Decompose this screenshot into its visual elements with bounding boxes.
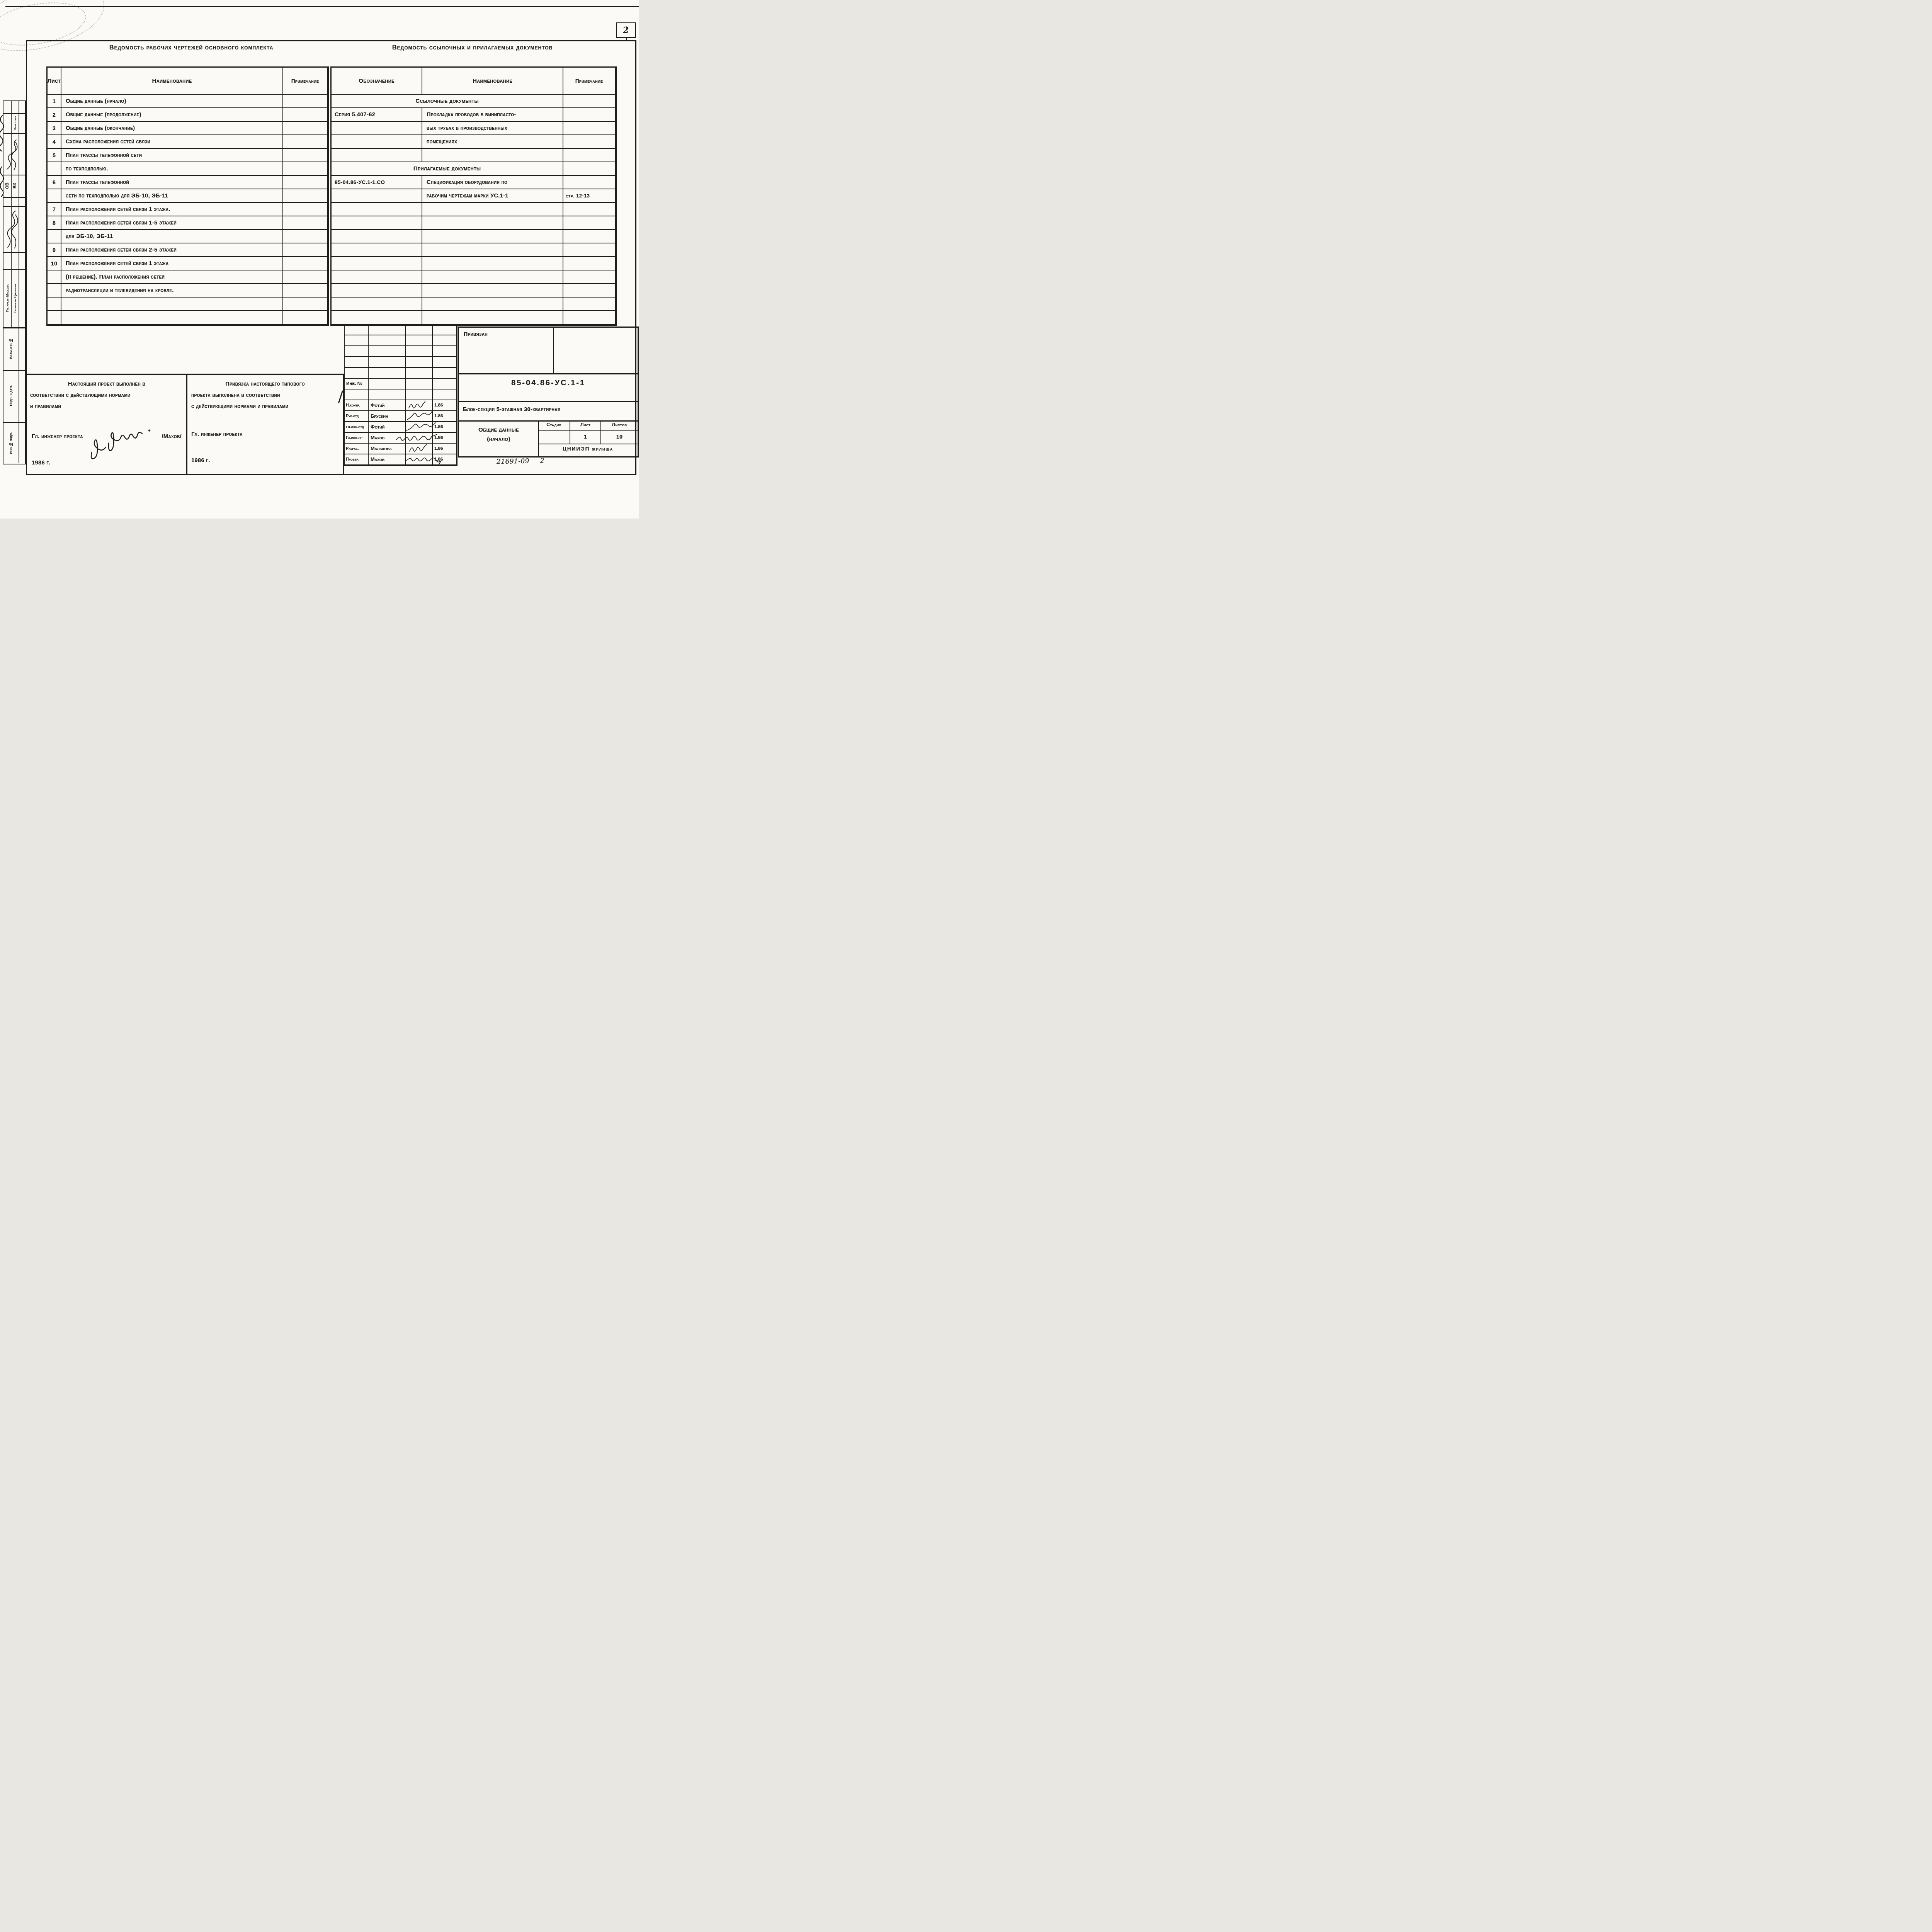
- drawing-title-cell: План расположения сетей связи 1-5 этажей: [61, 216, 283, 230]
- sheet-number-cell: 2: [48, 108, 61, 122]
- note-cell: [283, 162, 328, 176]
- signer-role: Провер.: [345, 454, 369, 465]
- note-cell: [283, 189, 328, 203]
- document-name-cell: вых трубах в производственных: [422, 122, 563, 135]
- binding-note-block: Привязка настоящего типового проекта вып…: [187, 374, 344, 475]
- page-number-box: 2: [616, 22, 636, 38]
- revision-cell: [369, 368, 406, 379]
- designation-cell: [332, 216, 422, 230]
- note-cell: [563, 216, 616, 230]
- doc-title-line2: (начало): [459, 436, 538, 442]
- signer-label: Гл. инженер проекта: [32, 434, 83, 440]
- designation-cell: [332, 298, 422, 311]
- note-cell: [563, 95, 616, 108]
- designation-cell: [332, 257, 422, 270]
- signer-name: Фотий: [369, 400, 406, 411]
- revision-cell: [406, 325, 433, 335]
- sheet-number-cell: [48, 270, 61, 284]
- note-cell: [563, 176, 616, 189]
- signature-cell: [406, 444, 433, 454]
- linked-label: Привязан: [464, 331, 488, 337]
- note-text: с действующими нормами и правилами: [191, 403, 288, 410]
- sheet-number-cell: [48, 284, 61, 298]
- drawing-title-cell: План расположения сетей связи 1 этажа: [61, 257, 283, 270]
- chief-engineer-signature: [77, 400, 170, 463]
- note-cell: [563, 243, 616, 257]
- note-text: соответствии с действующими нормами: [30, 392, 131, 398]
- document-name-cell: [422, 257, 563, 270]
- column-header-name: Наименование: [422, 68, 563, 95]
- sheet-number-cell: [48, 189, 61, 203]
- stage-label: Стадия: [538, 422, 570, 427]
- designation-cell: [332, 270, 422, 284]
- signer-name: Малькова: [369, 444, 406, 454]
- note-cell: [563, 162, 616, 176]
- revision-cell: [406, 368, 433, 379]
- chief-engineer-label: Гл.инж.пр Цукерман: [11, 270, 19, 327]
- revision-cell: [369, 357, 406, 368]
- divider-line: [538, 444, 638, 444]
- note-cell: стр. 12-13: [563, 189, 616, 203]
- note-cell: [283, 122, 328, 135]
- divider-line: [459, 401, 638, 402]
- document-name-cell: [422, 284, 563, 298]
- sheet-number-cell: 6: [48, 176, 61, 189]
- note-year: 1986 г.: [32, 460, 51, 466]
- column-header-designation: Обозначение: [332, 68, 422, 95]
- note-cell: [563, 149, 616, 162]
- document-name-cell: [422, 243, 563, 257]
- drawing-title-cell: по техподполью.: [61, 162, 283, 176]
- note-cell: [283, 216, 328, 230]
- sheet-number-cell: 3: [48, 122, 61, 135]
- edge-scribble: [0, 166, 4, 201]
- revision-cell: [345, 335, 369, 346]
- note-cell: [283, 95, 328, 108]
- object-name: Блок-секция 5-этажная 30-квартирная: [463, 406, 560, 413]
- signature-cell: [406, 422, 433, 433]
- signer-role: Н.контр.: [345, 400, 369, 411]
- designation-cell: [332, 230, 422, 243]
- signer-role: Разраб.: [345, 444, 369, 454]
- signature-scribble: [403, 422, 439, 432]
- note-cell: [283, 284, 328, 298]
- revision-cell: [433, 368, 457, 379]
- revision-cell: [369, 389, 406, 400]
- revision-cell: [345, 389, 369, 400]
- note-cell: [283, 243, 328, 257]
- stamp-page: 2: [540, 457, 544, 465]
- drawing-title-cell: Схема расположения сетей связи: [61, 135, 283, 149]
- note-cell: [563, 203, 616, 216]
- organization-name: ЦНИИЭП жилища: [538, 446, 638, 452]
- signature-cell: [406, 411, 433, 422]
- side-stamp: Золотова ОВ ВК Гл. арх.пр Масеева Гл.инж…: [3, 100, 26, 464]
- designation-cell: [332, 243, 422, 257]
- sheet-number-cell: 4: [48, 135, 61, 149]
- divider-line: [553, 328, 554, 373]
- divider-line: [459, 420, 638, 422]
- note-text: и правилами: [30, 403, 61, 410]
- section-label-ov: ОВ: [3, 175, 11, 197]
- note-cell: [563, 135, 616, 149]
- designation-cell: [332, 135, 422, 149]
- sheet-number-cell: 7: [48, 203, 61, 216]
- note-cell: [563, 298, 616, 311]
- signer-name: Брускин: [369, 411, 406, 422]
- note-cell: [563, 122, 616, 135]
- working-drawings-table: Лист Наименование Примечание 1 Общие дан…: [46, 66, 329, 326]
- revision-cell: [345, 346, 369, 357]
- note-cell: [283, 311, 328, 325]
- revision-cell: [406, 357, 433, 368]
- column-header-note: Примечание: [563, 68, 616, 95]
- signature-block: Инв. № Н.контр. Фотий 1.86 Рук.отд Бруск…: [344, 324, 457, 466]
- inventory-number-label: Инв. №: [345, 379, 369, 389]
- revision-cell: [433, 357, 457, 368]
- drawing-title-cell: (II решение). План расположения сетей: [61, 270, 283, 284]
- document-code: 85-04.86-УС.1-1: [459, 379, 638, 388]
- signer-role: Рук.отд: [345, 411, 369, 422]
- document-name-cell: [422, 311, 563, 325]
- drawing-title-cell: План трассы телефонной: [61, 176, 283, 189]
- divider-line: [3, 206, 27, 207]
- note-cell: [563, 284, 616, 298]
- divider-line: [19, 101, 19, 463]
- signature-scribble: [4, 209, 19, 250]
- sheet-label: Лист: [570, 422, 600, 427]
- revision-cell: [406, 335, 433, 346]
- note-cell: [563, 108, 616, 122]
- signature-cell: [406, 454, 433, 465]
- subst-inv-label: Взам.инв.№: [3, 328, 19, 369]
- signature-scribble: [403, 454, 444, 464]
- designation-cell: [332, 284, 422, 298]
- sheet-number-cell: 9: [48, 243, 61, 257]
- drawing-title-cell: [61, 298, 283, 311]
- designation-cell: [332, 203, 422, 216]
- signature-cell: [406, 433, 433, 444]
- revision-cell: [406, 346, 433, 357]
- revision-cell: [369, 346, 406, 357]
- scanned-drawing-sheet: 2 Ведомость рабочих чертежей основного к…: [0, 0, 639, 519]
- title-block: Привязан 85-04.86-УС.1-1 Блок-секция 5-э…: [458, 327, 639, 457]
- working-drawings-title: Ведомость рабочих чертежей основного ком…: [91, 44, 292, 51]
- column-header-sheet: Лист: [48, 68, 61, 95]
- designation-cell: [332, 122, 422, 135]
- signer-name: Махов: [369, 454, 406, 465]
- drawing-title-cell: Общие данные (продолжение): [61, 108, 283, 122]
- drawing-title-cell: План расположения сетей связи 1 этажа.: [61, 203, 283, 216]
- signature-scribble: [4, 137, 19, 172]
- divider-line: [3, 252, 27, 253]
- note-cell: [283, 230, 328, 243]
- note-year: 1986 г.: [191, 457, 210, 464]
- signer-role: Гл.инж.пр: [345, 433, 369, 444]
- sheet-number-cell: [48, 311, 61, 325]
- revision-cell: [406, 389, 433, 400]
- revision-cell: [433, 325, 457, 335]
- signer-role: Гл.инж.отд: [345, 422, 369, 433]
- sheet-number-cell: 8: [48, 216, 61, 230]
- sheet-number-cell: [48, 162, 61, 176]
- drawing-title-cell: Общие данные (окончание): [61, 122, 283, 135]
- drawing-title-cell: сети по техподполью для ЭБ-10, ЭБ-11: [61, 189, 283, 203]
- drawing-title-cell: [61, 311, 283, 325]
- section-label-vk: ВК: [11, 175, 19, 197]
- document-name-cell: помещениях: [422, 135, 563, 149]
- sheet-number-cell: 5: [48, 149, 61, 162]
- signature-scribble: [394, 433, 440, 443]
- sheet-number-cell: [48, 230, 61, 243]
- note-text: Настоящий проект выполнен в: [27, 381, 186, 387]
- revision-cell: [433, 379, 457, 389]
- inventory-stamp: 21691-09 2: [497, 457, 544, 466]
- document-name-cell: рабочим чертежам марки УС.1-1: [422, 189, 563, 203]
- stamp-code: 21691-09: [497, 457, 529, 466]
- referenced-docs-title: Ведомость ссылочных и прилагаемых докуме…: [367, 44, 578, 51]
- note-cell: [283, 270, 328, 284]
- sheet-value: 1: [570, 434, 600, 440]
- document-name-cell: Спецификация оборудования по: [422, 176, 563, 189]
- divider-line: [538, 430, 638, 431]
- sheet-number-cell: [48, 298, 61, 311]
- signer-name: Фотий: [369, 422, 406, 433]
- sign-date-label: Подп. и дата: [3, 371, 19, 421]
- drawing-title-cell: План трассы телефонной сети: [61, 149, 283, 162]
- column-header-name: Наименование: [61, 68, 283, 95]
- section-header: Прилагаемые документы: [332, 162, 563, 176]
- note-cell: [283, 257, 328, 270]
- revision-cell: [406, 379, 433, 389]
- drawing-title-cell: для ЭБ-10, ЭБ-11: [61, 230, 283, 243]
- note-text: Привязка настоящего типового: [187, 381, 343, 387]
- chief-architect-label: Гл. арх.пр Масеева: [3, 270, 11, 327]
- note-cell: [283, 149, 328, 162]
- designation-cell: [332, 149, 422, 162]
- revision-cell: [433, 346, 457, 357]
- note-text: проекта выполнена в соответствии: [191, 392, 280, 398]
- note-cell: [563, 257, 616, 270]
- project-note-block: Настоящий проект выполнен в соответствии…: [26, 374, 187, 475]
- signature-scribble: [403, 411, 439, 421]
- document-name-cell: Прокладка проводов в винипласто-: [422, 108, 563, 122]
- designation-cell: [332, 189, 422, 203]
- divider-line: [3, 197, 27, 198]
- revision-cell: [369, 379, 406, 389]
- revision-cell: [345, 357, 369, 368]
- revision-cell: [369, 325, 406, 335]
- designation-cell: 85-04.86-УС.1-1.СО: [332, 176, 422, 189]
- referenced-docs-table: Обозначение Наименование Примечание Ссыл…: [330, 66, 617, 326]
- drawing-title-cell: Общие данные (начало): [61, 95, 283, 108]
- note-cell: [283, 203, 328, 216]
- divider-line: [3, 133, 27, 134]
- sheet-number-cell: 1: [48, 95, 61, 108]
- designation-cell: Серия 5.407-62: [332, 108, 422, 122]
- approver-name: Золотова: [11, 113, 19, 133]
- document-name-cell: [422, 298, 563, 311]
- revision-cell: [345, 325, 369, 335]
- inv-orig-label: Инв.№ подл.: [3, 423, 19, 463]
- signature-scribble: [403, 400, 439, 410]
- section-header: Ссылочные документы: [332, 95, 563, 108]
- revision-cell: [369, 335, 406, 346]
- sheet-number-cell: 10: [48, 257, 61, 270]
- note-cell: [563, 311, 616, 325]
- signature-scribble: [403, 444, 439, 454]
- note-cell: [283, 135, 328, 149]
- signer-label: Гл. инженер проекта: [191, 431, 243, 437]
- column-header-note: Примечание: [283, 68, 328, 95]
- document-name-cell: [422, 230, 563, 243]
- signature-cell: [406, 400, 433, 411]
- designation-cell: [332, 311, 422, 325]
- revision-cell: [433, 389, 457, 400]
- note-cell: [563, 230, 616, 243]
- note-cell: [283, 298, 328, 311]
- sheets-value: 10: [601, 434, 638, 440]
- note-cell: [283, 108, 328, 122]
- revision-cell: [345, 368, 369, 379]
- page-number: 2: [622, 25, 629, 36]
- revision-cell: [433, 335, 457, 346]
- document-name-cell: [422, 216, 563, 230]
- document-name-cell: [422, 203, 563, 216]
- note-cell: [283, 176, 328, 189]
- drawing-title-cell: радиотрансляции и телевидения на кровле.: [61, 284, 283, 298]
- document-name-cell: [422, 270, 563, 284]
- doc-title-line1: Общие данные: [459, 427, 538, 433]
- edge-scribble: [0, 114, 4, 156]
- document-name-cell: [422, 149, 563, 162]
- sheets-label: Листов: [601, 422, 638, 427]
- divider-line: [459, 373, 638, 374]
- note-cell: [563, 270, 616, 284]
- drawing-title-cell: План расположения сетей связи 2-5 этажей: [61, 243, 283, 257]
